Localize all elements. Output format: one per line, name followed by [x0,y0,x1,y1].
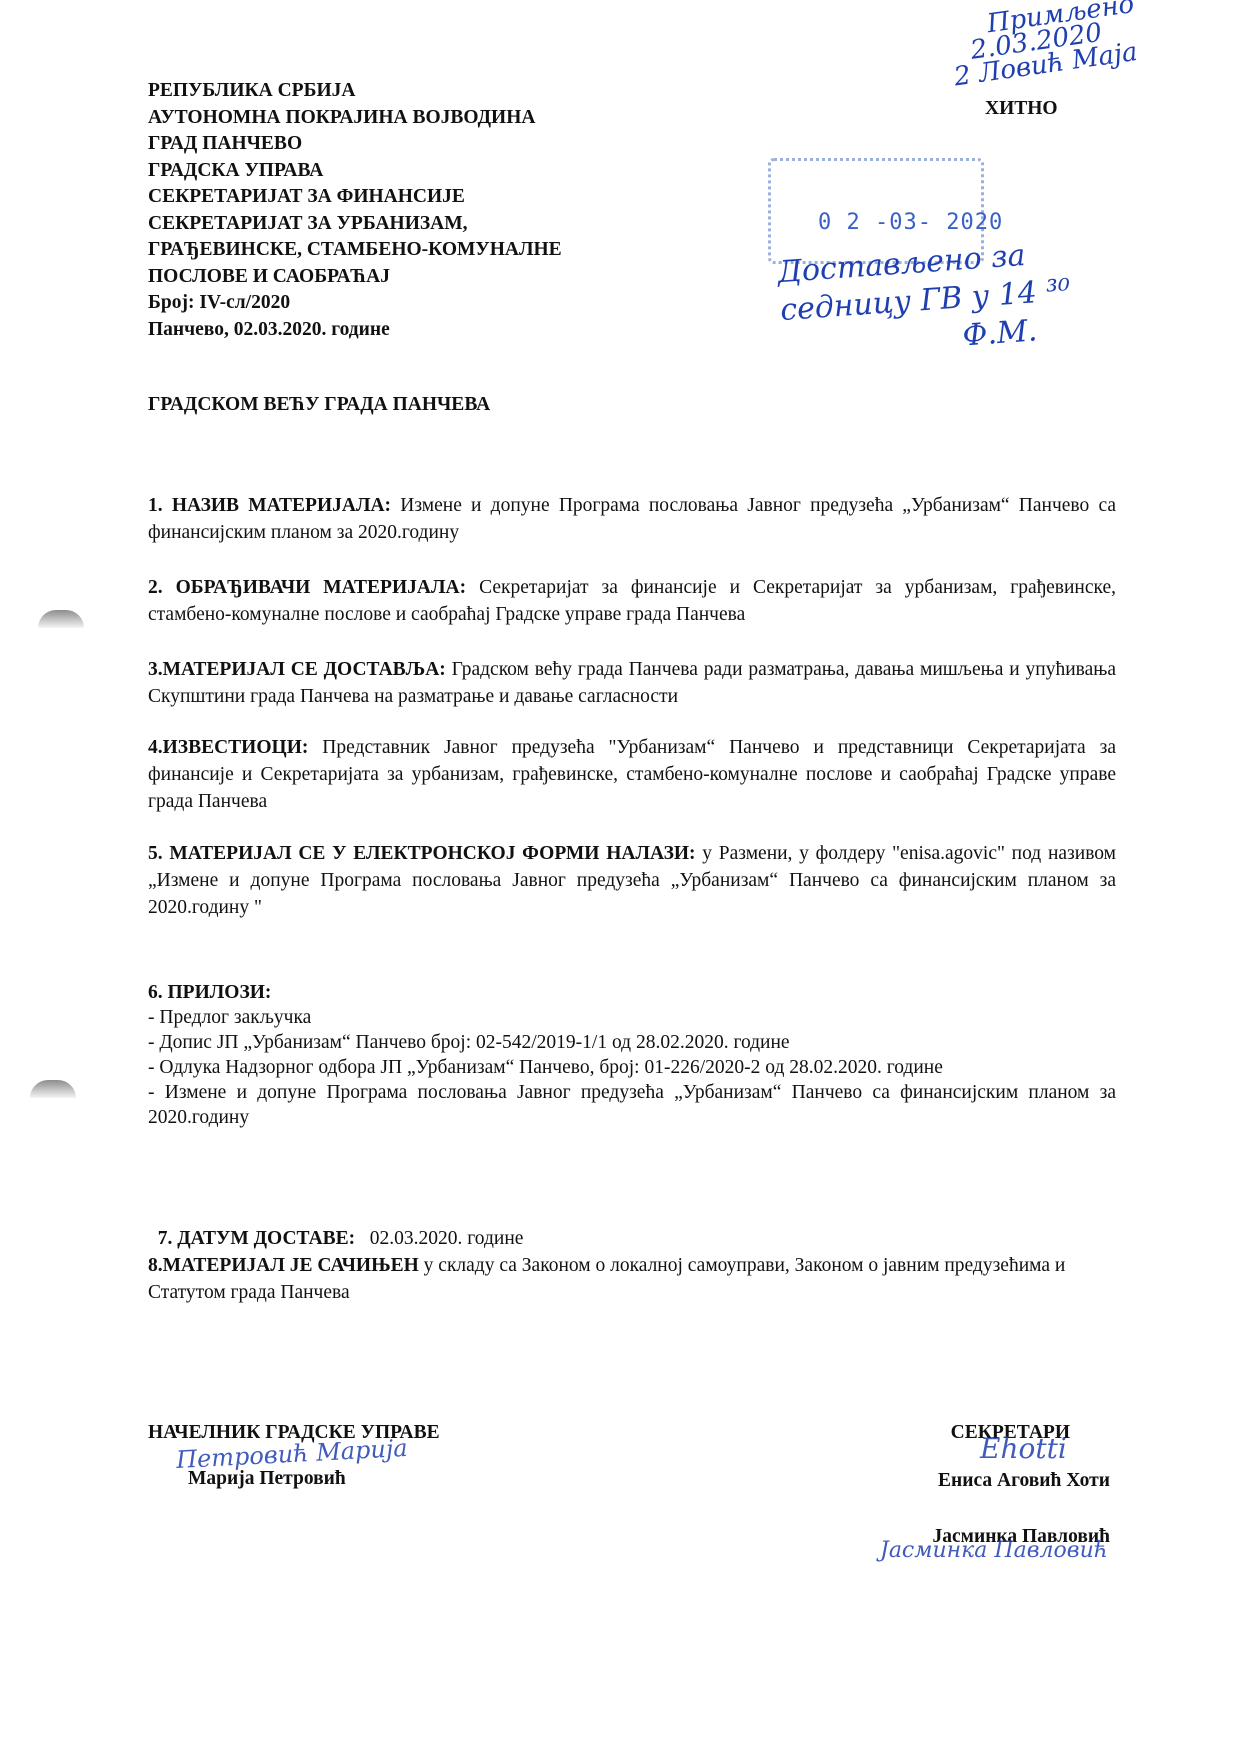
section-label: 5. МАТЕРИЈАЛ СЕ У ЕЛЕКТРОНСКОЈ ФОРМИ НАЛ… [148,843,696,864]
letterhead: РЕПУБЛИКА СРБИЈА АУТОНОМНА ПОКРАЈИНА ВОЈ… [148,78,562,343]
section-text: 02.03.2020. године [355,1228,523,1249]
section-label: 2. ОБРАЂИВАЧИ МАТЕРИЈАЛА: [148,577,466,598]
header-line: ПОСЛОВЕ И САОБРАЋАЈ [148,264,562,291]
section-label: 3.МАТЕРИЈАЛ СЕ ДОСТАВЉА: [148,659,446,680]
handwritten-receipt-note: Примљено 2.03.2020 2 Ловић Маја [956,0,1142,88]
header-line: РЕПУБЛИКА СРБИЈА [148,78,562,105]
section-rapporteurs: 4.ИЗВЕСТИОЦИ: Представник Јавног предузе… [148,734,1116,815]
stamp-date: 0 2 -03- 2020 [818,210,1003,235]
attachment-item: - Предлог закључка [148,1005,1116,1030]
section-label: 8.МАТЕРИЈАЛ ЈЕ САЧИЊЕН [148,1255,419,1276]
addressee: ГРАДСКОМ ВЕЋУ ГРАДА ПАНЧЕВА [148,394,490,416]
section-attachments: 6. ПРИЛОЗИ: - Предлог закључка - Допис Ј… [148,980,1116,1130]
document-date: Панчево, 02.03.2020. године [148,317,562,344]
hole-punch-mark [30,1080,76,1098]
header-line: ГРАДСКА УПРАВА [148,158,562,185]
header-line: ГРАЂЕВИНСКЕ, СТАМБЕНО-КОМУНАЛНЕ [148,237,562,264]
handwritten-delivery-note: Достављено за седницу ГВ у 14 ³⁰ Ф.М. [776,234,1074,368]
attachment-item: - Допис ЈП „Урбанизам“ Панчево број: 02-… [148,1030,1116,1055]
header-line: СЕКРЕТАРИЈАТ ЗА ФИНАНСИЈЕ [148,184,562,211]
section-label: 6. ПРИЛОЗИ: [148,980,1116,1005]
signature-scribble: Еhotti [980,1432,1067,1465]
section-label: 4.ИЗВЕСТИОЦИ: [148,737,308,758]
section-label: 7. ДАТУМ ДОСТАВЕ: [158,1228,355,1249]
section-label: 1. НАЗИВ МАТЕРИЈАЛА: [148,495,391,516]
attachment-item: - Одлука Надзорног одбора ЈП „Урбанизам“… [148,1055,1116,1080]
section-delivery-date: 7. ДАТУМ ДОСТАВЕ: 02.03.2020. године [148,1198,1116,1252]
header-line: ГРАД ПАНЧЕВО [148,131,562,158]
section-delivered-to: 3.МАТЕРИЈАЛ СЕ ДОСТАВЉА: Градском већу г… [148,656,1116,710]
signatory-name: Ениса Аговић Хоти [880,1470,1110,1492]
header-line: СЕКРЕТАРИЈАТ ЗА УРБАНИЗАМ, [148,211,562,238]
document-number: Број: IV-сл/2020 [148,290,562,317]
section-preparers: 2. ОБРАЂИВАЧИ МАТЕРИЈАЛА: Секретаријат з… [148,574,1116,628]
signature-scribble: Јасминка Павловић [880,1538,1108,1563]
attachment-item: - Измене и допуне Програма пословања Јав… [148,1080,1116,1130]
section-compliance: 8.МАТЕРИЈАЛ ЈЕ САЧИЊЕН у складу са Закон… [148,1252,1088,1306]
hole-punch-mark [38,610,84,628]
section-material-title: 1. НАЗИВ МАТЕРИЈАЛА: Измене и допуне Про… [148,492,1116,546]
section-electronic-location: 5. МАТЕРИЈАЛ СЕ У ЕЛЕКТРОНСКОЈ ФОРМИ НАЛ… [148,840,1116,921]
urgent-label: ХИТНО [985,98,1058,120]
header-line: АУТОНОМНА ПОКРАЈИНА ВОЈВОДИНА [148,105,562,132]
